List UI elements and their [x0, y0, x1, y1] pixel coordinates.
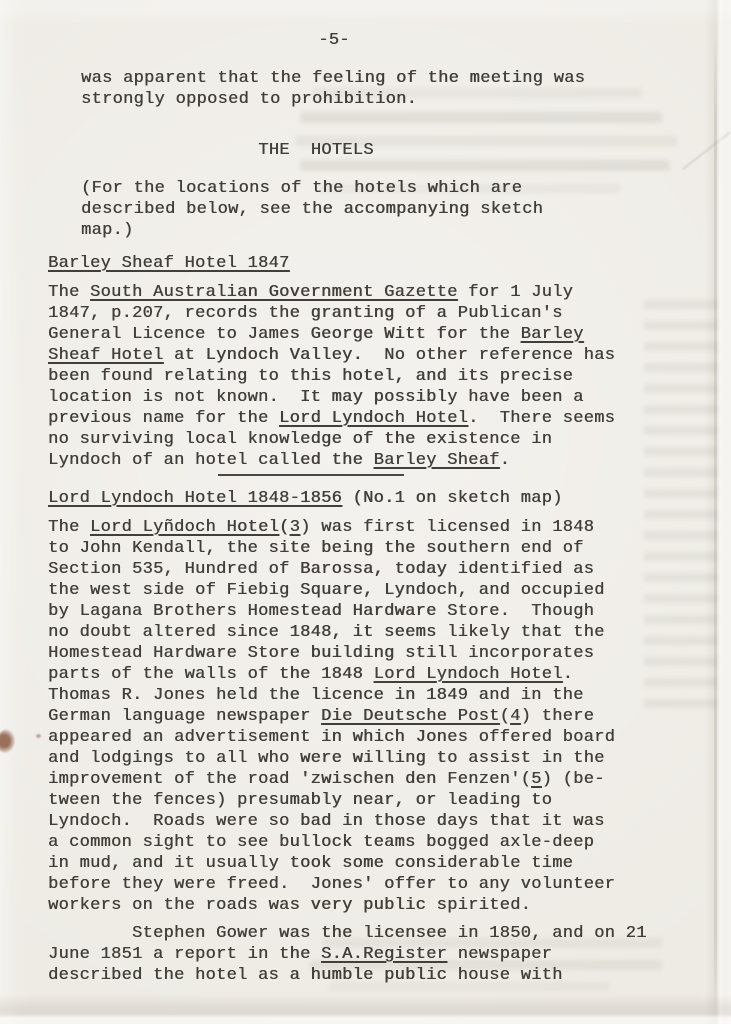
text-segment: ) was first licensed in 1848 — [300, 518, 594, 537]
page-content: -5-was apparent that the feeling of the … — [48, 30, 648, 986]
underlined-text: South Australian Government Gazette — [90, 283, 458, 302]
text-line: the west side of Fiebig Square, Lyndoch,… — [48, 580, 648, 601]
text-line: a common sight to see bullock teams bogg… — [48, 832, 648, 853]
text-line: appeared an advertisement in which Jones… — [48, 727, 648, 748]
text-segment: Section 535, Hundred of Barossa, today i… — [48, 560, 594, 579]
text-line: improvement of the road 'zwischen den Fe… — [48, 769, 648, 790]
text-segment: was apparent that the feeling of the mee… — [81, 69, 585, 88]
text-segment: THE HOTELS — [258, 141, 374, 160]
underlined-text: Lord Lyndoch Hotel 1848-1856 — [48, 489, 342, 508]
section-title: THE HOTELS — [16, 140, 616, 161]
text-line: no surviving local knowledge of the exis… — [48, 429, 648, 450]
text-segment: workers on the roads was very public spi… — [48, 896, 531, 915]
bleed-through-artifact — [644, 300, 718, 720]
text-segment: map.) — [81, 221, 134, 240]
text-line: The Lord Lyñdoch Hotel(3) was first lice… — [48, 517, 648, 538]
text-segment: 1847, p.207, records the granting of a P… — [48, 304, 563, 323]
text-segment: -5- — [318, 31, 350, 50]
text-segment: German language newspaper — [48, 707, 321, 726]
text-segment: ) there — [521, 707, 595, 726]
text-segment: a common sight to see bullock teams bogg… — [48, 833, 594, 852]
text-line: parts of the walls of the 1848 Lord Lynd… — [48, 664, 648, 685]
underlined-text: Lord Lyndoch Hotel — [279, 409, 468, 428]
text-segment: previous name for the — [48, 409, 279, 428]
text-segment: and lodgings to all who were willing to … — [48, 749, 605, 768]
text-line: was apparent that the feeling of the mee… — [81, 68, 648, 89]
text-line: and lodgings to all who were willing to … — [48, 748, 648, 769]
text-segment: Homestead Hardware Store building still … — [48, 644, 594, 663]
heading-lord-lyndoch: Lord Lyndoch Hotel 1848-1856 (No.1 on sk… — [48, 488, 648, 509]
divider-rule — [218, 474, 404, 476]
underlined-text: S.A.Register — [321, 945, 447, 964]
text-segment: parts of the walls of the 1848 — [48, 665, 374, 684]
underlined-text: Barley Sheaf — [374, 451, 500, 470]
underlined-text: Die Deutsche Post — [321, 707, 500, 726]
underlined-text: Lord Lyñdoch Hotel — [90, 518, 279, 537]
text-line: Homestead Hardware Store building still … — [48, 643, 648, 664]
underlined-text: Sheaf Hotel — [48, 346, 164, 365]
text-line: June 1851 a report in the S.A.Register n… — [48, 944, 648, 965]
underlined-text: 4 — [510, 707, 521, 726]
text-line: 1847, p.207, records the granting of a P… — [48, 303, 648, 324]
underlined-text: 5 — [531, 770, 542, 789]
text-line: in mud, and it usually took some conside… — [48, 853, 648, 874]
underlined-text: Lord Lyndoch Hotel — [374, 665, 563, 684]
text-segment: described below, see the accompanying sk… — [81, 200, 543, 219]
text-segment: Stephen Gower was the licensee in 1850, … — [48, 924, 647, 943]
text-line: by Lagana Brothers Homestead Hardware St… — [48, 601, 648, 622]
text-segment: at Lyndoch Valley. No other reference ha… — [164, 346, 616, 365]
text-line: described the hotel as a humble public h… — [48, 965, 648, 986]
map-note: (For the locations of the hotels which a… — [48, 178, 648, 241]
text-segment: no doubt altered since 1848, it seems li… — [48, 623, 605, 642]
continuation-paragraph: was apparent that the feeling of the mee… — [48, 68, 648, 110]
text-line: to John Kendall, the site being the sout… — [48, 538, 648, 559]
text-line: tween the fences) presumably near, or le… — [48, 790, 648, 811]
text-line: (For the locations of the hotels which a… — [81, 178, 648, 199]
text-segment: ( — [500, 707, 511, 726]
text-line: location is not known. It may possibly h… — [48, 387, 648, 408]
underlined-text: Barley Sheaf Hotel 1847 — [48, 254, 290, 273]
text-segment: (For the locations of the hotels which a… — [81, 179, 522, 198]
text-segment: described the hotel as a humble public h… — [48, 966, 563, 985]
text-line: Section 535, Hundred of Barossa, today i… — [48, 559, 648, 580]
text-segment: improvement of the road 'zwischen den Fe… — [48, 770, 531, 789]
text-segment: (No.1 on sketch map) — [342, 489, 563, 508]
underlined-text: Barley — [521, 325, 584, 344]
text-segment: by Lagana Brothers Homestead Hardware St… — [48, 602, 594, 621]
paragraph-barley-sheaf: The South Australian Government Gazette … — [48, 282, 648, 471]
document-page: -5-was apparent that the feeling of the … — [0, 0, 731, 1024]
text-segment: ( — [279, 518, 290, 537]
text-segment: ) (be- — [542, 770, 605, 789]
text-line: The South Australian Government Gazette … — [48, 282, 648, 303]
text-line: map.) — [81, 220, 648, 241]
text-segment: for 1 July — [458, 283, 574, 302]
text-segment: no surviving local knowledge of the exis… — [48, 430, 552, 449]
text-segment: before they were freed. Jones' offer to … — [48, 875, 615, 894]
text-line: THE HOTELS — [16, 140, 616, 161]
underlined-text: 3 — [290, 518, 301, 537]
text-segment: been found relating to this hotel, and i… — [48, 367, 573, 386]
text-segment: the west side of Fiebig Square, Lyndoch,… — [48, 581, 605, 600]
text-line: workers on the roads was very public spi… — [48, 895, 648, 916]
text-segment: tween the fences) presumably near, or le… — [48, 791, 552, 810]
text-line: Thomas R. Jones held the licence in 1849… — [48, 685, 648, 706]
text-segment: June 1851 a report in the — [48, 945, 321, 964]
text-segment: The — [48, 518, 90, 537]
page-number: -5- — [34, 30, 634, 51]
text-line: -5- — [34, 30, 634, 51]
text-segment: location is not known. It may possibly h… — [48, 388, 584, 407]
text-segment: to John Kendall, the site being the sout… — [48, 539, 584, 558]
text-line: no doubt altered since 1848, it seems li… — [48, 622, 648, 643]
text-segment: newspaper — [447, 945, 552, 964]
text-segment: in mud, and it usually took some conside… — [48, 854, 573, 873]
text-line: General Licence to James George Witt for… — [48, 324, 648, 345]
paragraph-lord-lyndoch: The Lord Lyñdoch Hotel(3) was first lice… — [48, 517, 648, 916]
text-line: Lyndoch. Roads were so bad in those days… — [48, 811, 648, 832]
page-crease-diagonal — [682, 132, 730, 170]
text-line: Barley Sheaf Hotel 1847 — [48, 253, 648, 274]
text-segment: appeared an advertisement in which Jones… — [48, 728, 615, 747]
ink-stain — [0, 729, 15, 753]
text-segment: . — [563, 665, 574, 684]
text-segment: The — [48, 283, 90, 302]
text-line: Stephen Gower was the licensee in 1850, … — [48, 923, 648, 944]
text-segment: . There seems — [468, 409, 615, 428]
page-crease — [714, 40, 717, 1010]
heading-barley-sheaf: Barley Sheaf Hotel 1847 — [48, 253, 648, 274]
text-segment: . — [500, 451, 511, 470]
text-line: Lord Lyndoch Hotel 1848-1856 (No.1 on sk… — [48, 488, 648, 509]
text-segment: strongly opposed to prohibition. — [81, 90, 417, 109]
text-segment: Lyndoch. Roads were so bad in those days… — [48, 812, 605, 831]
text-line: previous name for the Lord Lyndoch Hotel… — [48, 408, 648, 429]
text-line: Lyndoch of an hotel called the Barley Sh… — [48, 450, 648, 471]
text-segment: Lyndoch of an hotel called the — [48, 451, 374, 470]
text-line: been found relating to this hotel, and i… — [48, 366, 648, 387]
text-line: Sheaf Hotel at Lyndoch Valley. No other … — [48, 345, 648, 366]
text-line: before they were freed. Jones' offer to … — [48, 874, 648, 895]
text-line: German language newspaper Die Deutsche P… — [48, 706, 648, 727]
paragraph-stephen-gower: Stephen Gower was the licensee in 1850, … — [48, 923, 648, 986]
text-segment: Thomas R. Jones held the licence in 1849… — [48, 686, 584, 705]
text-line: described below, see the accompanying sk… — [81, 199, 648, 220]
text-line: strongly opposed to prohibition. — [81, 89, 648, 110]
ink-stain-speck — [36, 734, 41, 738]
text-segment: General Licence to James George Witt for… — [48, 325, 521, 344]
